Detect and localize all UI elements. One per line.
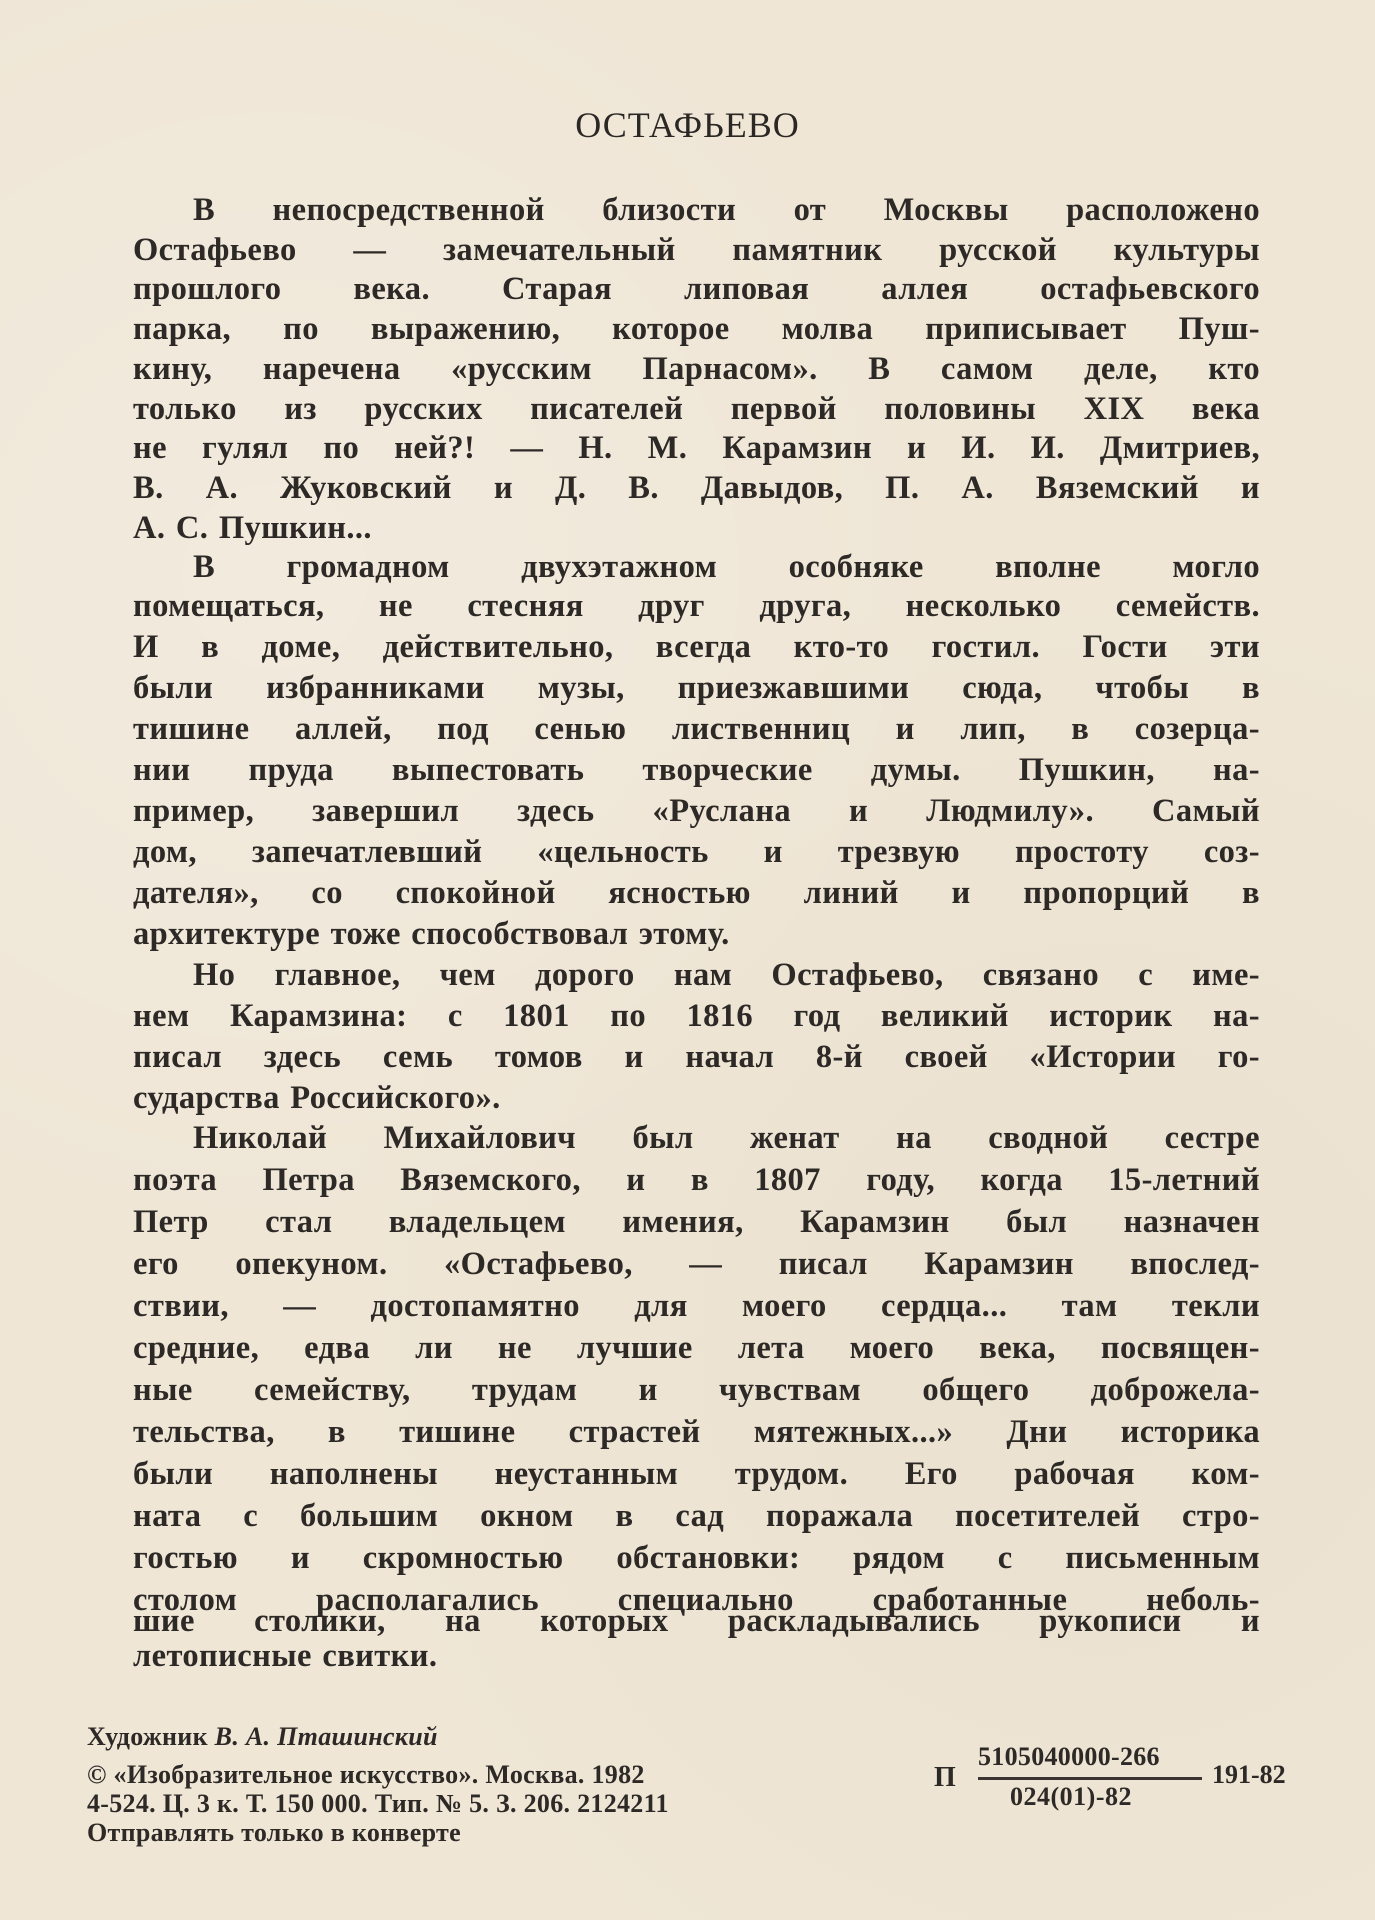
index-code: 191-82: [1212, 1760, 1286, 1790]
text-line: были наполнены неустанным трудом. Его ра…: [133, 1454, 1260, 1494]
print-info-line: 4-524. Ц. 3 к. Т. 150 000. Тип. № 5. З. …: [87, 1789, 669, 1819]
artist-label: Художник: [87, 1722, 208, 1751]
text-line: пример, завершил здесь «Руслана и Людмил…: [133, 791, 1260, 831]
copyright-line: © «Изобразительное искусство». Москва. 1…: [87, 1760, 645, 1790]
text-line: Петр стал владельцем имения, Карамзин бы…: [133, 1202, 1260, 1242]
text-line: нем Карамзина: с 1801 по 1816 год велики…: [133, 996, 1260, 1036]
text-line: дателя», со спокойной ясностью линий и п…: [133, 873, 1260, 913]
text-line: писал здесь семь томов и начал 8-й своей…: [133, 1037, 1260, 1077]
text-line: ствии, — достопамятно для моего сердца..…: [133, 1286, 1260, 1326]
text-line: не гулял по ней?! — Н. М. Карамзин и И. …: [133, 428, 1260, 468]
text-line: тишине аллей, под сенью лиственниц и лип…: [133, 709, 1260, 749]
text-line: гостью и скромностью обстановки: рядом с…: [133, 1538, 1260, 1578]
text-line: только из русских писателей первой полов…: [133, 389, 1260, 429]
page-title: ОСТАФЬЕВО: [0, 104, 1375, 146]
text-line: Остафьево — замечательный памятник русск…: [133, 230, 1260, 270]
mail-note: Отправлять только в конверте: [87, 1818, 461, 1848]
text-line: И в доме, действительно, всегда кто-то г…: [133, 627, 1260, 667]
text-line: его опекуном. «Остафьево, — писал Карамз…: [133, 1244, 1260, 1284]
text-line: В громадном двухэтажном особняке вполне …: [193, 547, 1260, 587]
text-line: В. А. Жуковский и Д. В. Давыдов, П. А. В…: [133, 468, 1260, 508]
artist-name: В. А. Пташинский: [215, 1722, 438, 1751]
index-prefix: П: [934, 1762, 956, 1794]
text-line: кину, наречена «русским Парнасом». В сам…: [133, 349, 1260, 389]
text-line: поэта Петра Вяземского, и в 1807 году, к…: [133, 1160, 1260, 1200]
text-line: В непосредственной близости от Москвы ра…: [193, 190, 1260, 230]
text-line: помещаться, не стесняя друг друга, неско…: [133, 586, 1260, 626]
text-line: летописные свитки.: [133, 1636, 1260, 1676]
text-line: ната с большим окном в сад поражала посе…: [133, 1496, 1260, 1536]
text-line: парка, по выражению, которое молва припи…: [133, 309, 1260, 349]
text-line: сударства Российского».: [133, 1078, 1260, 1118]
text-line: архитектуре тоже способствовал этому.: [133, 914, 1260, 954]
index-numerator: 5105040000-266: [978, 1742, 1160, 1772]
publication-index: П 5105040000-266 024(01)-82 191-82: [930, 1742, 1310, 1822]
text-line: дом, запечатлевший «цельность и трезвую …: [133, 832, 1260, 872]
index-denominator: 024(01)-82: [1010, 1782, 1132, 1812]
text-line: ные семейству, трудам и чувствам общего …: [133, 1370, 1260, 1410]
text-line: были избранниками музы, приезжавшими сюд…: [133, 668, 1260, 708]
text-line: шие столики, на которых раскладывались р…: [133, 1601, 1260, 1641]
text-line: прошлого века. Старая липовая аллея оста…: [133, 269, 1260, 309]
artist-credit: Художник В. А. Пташинский: [87, 1722, 438, 1752]
fraction-bar: [978, 1777, 1202, 1780]
text-line: Но главное, чем дорого нам Остафьево, св…: [193, 955, 1260, 995]
text-line: Николай Михайлович был женат на сводной …: [193, 1118, 1260, 1158]
text-line: А. С. Пушкин...: [133, 508, 1260, 548]
text-line: нии пруда выпестовать творческие думы. П…: [133, 750, 1260, 790]
text-line: средние, едва ли не лучшие лета моего ве…: [133, 1328, 1260, 1368]
text-line: тельства, в тишине страстей мятежных...»…: [133, 1412, 1260, 1452]
